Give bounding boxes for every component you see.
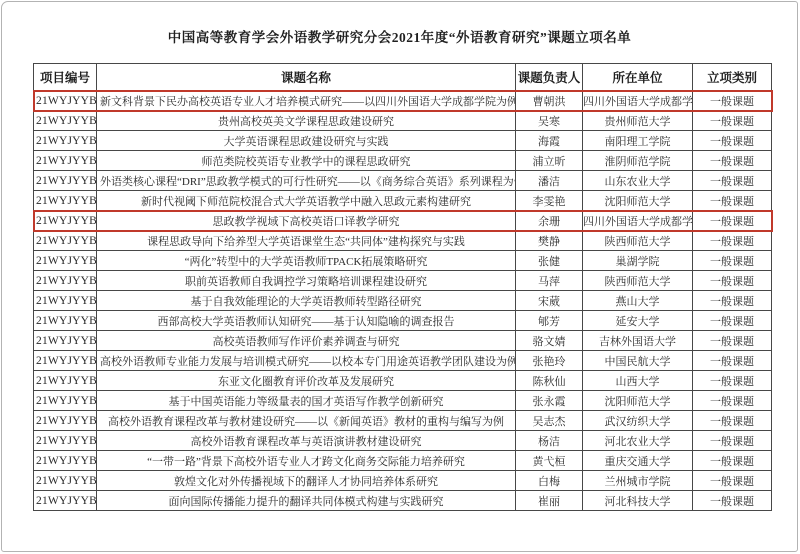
project-id-cell: 21WYJYYB30 (34, 491, 97, 511)
table-row: 21WYJYYB18 “两化”转型中的大学英语教师TPACK拓展策略研究 张健 … (34, 251, 772, 271)
project-title-cell: 思政教学视域下高校英语口译教学研究 (97, 211, 516, 231)
column-header-project-id: 项目编号 (34, 64, 97, 91)
project-title-cell: 高校外语教育课程改革与教材建设研究——以《新闻英语》教材的重构与编写为例 (97, 411, 516, 431)
project-leader-cell: 宋葳 (516, 291, 583, 311)
project-title-cell: 高校外语教师专业能力发展与培训模式研究——以校本专门用途英语教学团队建设为例 (97, 351, 516, 371)
column-header-unit: 所在单位 (583, 64, 693, 91)
project-leader-cell: 吴志杰 (516, 411, 583, 431)
project-unit-cell: 四川外国语大学成都学院 (583, 91, 693, 111)
project-category-cell: 一般课题 (693, 171, 772, 191)
table-row: 21WYJYYB11 贵州高校英美文学课程思政建设研究 吴寒 贵州师范大学 一般… (34, 111, 772, 131)
project-unit-cell: 沈阳师范大学 (583, 391, 693, 411)
project-category-cell: 一般课题 (693, 151, 772, 171)
project-leader-cell: 樊静 (516, 231, 583, 251)
project-leader-cell: 浦立昕 (516, 151, 583, 171)
table-row: 21WYJYYB13 师范类院校英语专业教学中的课程思政研究 浦立昕 淮阴师范学… (34, 151, 772, 171)
project-unit-cell: 吉林外国语大学 (583, 331, 693, 351)
project-id-cell: 21WYJYYB10 (34, 91, 97, 111)
project-id-cell: 21WYJYYB29 (34, 471, 97, 491)
project-id-cell: 21WYJYYB20 (34, 291, 97, 311)
project-title-cell: 师范类院校英语专业教学中的课程思政研究 (97, 151, 516, 171)
table-row: 21WYJYYB22 高校英语教师写作评价素养调查与研究 骆文婧 吉林外国语大学… (34, 331, 772, 351)
project-unit-cell: 燕山大学 (583, 291, 693, 311)
project-id-cell: 21WYJYYB14 (34, 171, 97, 191)
project-id-cell: 21WYJYYB12 (34, 131, 97, 151)
project-category-cell: 一般课题 (693, 311, 772, 331)
project-category-cell: 一般课题 (693, 471, 772, 491)
project-title-cell: 贵州高校英美文学课程思政建设研究 (97, 111, 516, 131)
project-title-cell: 西部高校大学英语教师认知研究——基于认知隐喻的调查报告 (97, 311, 516, 331)
project-category-cell: 一般课题 (693, 251, 772, 271)
project-id-cell: 21WYJYYB22 (34, 331, 97, 351)
project-category-cell: 一般课题 (693, 411, 772, 431)
project-unit-cell: 兰州城市学院 (583, 471, 693, 491)
table-row: 21WYJYYB29 敦煌文化对外传播视域下的翻译人才协同培养体系研究 白梅 兰… (34, 471, 772, 491)
document-page: 中国高等教育学会外语教学研究分会2021年度“外语教育研究”课题立项名单 项目编… (1, 1, 798, 552)
project-unit-cell: 河北科技大学 (583, 491, 693, 511)
project-category-cell: 一般课题 (693, 351, 772, 371)
project-leader-cell: 曹朝洪 (516, 91, 583, 111)
table-row: 21WYJYYB23 高校外语教师专业能力发展与培训模式研究——以校本专门用途英… (34, 351, 772, 371)
project-unit-cell: 河北农业大学 (583, 431, 693, 451)
project-unit-cell: 陕西师范大学 (583, 231, 693, 251)
project-category-cell: 一般课题 (693, 491, 772, 511)
column-header-category: 立项类别 (693, 64, 772, 91)
project-title-cell: 职前英语教师自我调控学习策略培训课程建设研究 (97, 271, 516, 291)
table-row: 21WYJYYB24 东亚文化圈教育评价改革及发展研究 陈秋仙 山西大学 一般课… (34, 371, 772, 391)
project-id-cell: 21WYJYYB17 (34, 231, 97, 251)
project-title-cell: 新文科背景下民办高校英语专业人才培养模式研究——以四川外国语大学成都学院为例 (97, 91, 516, 111)
project-category-cell: 一般课题 (693, 451, 772, 471)
project-category-cell: 一般课题 (693, 211, 772, 231)
table-row: 21WYJYYB17 课程思政导向下给养型大学英语课堂生态“共同体”建构探究与实… (34, 231, 772, 251)
project-id-cell: 21WYJYYB28 (34, 451, 97, 471)
project-id-cell: 21WYJYYB11 (34, 111, 97, 131)
table-row: 21WYJYYB15 新时代视阈下师范院校混合式大学英语教学中融入思政元素构建研… (34, 191, 772, 211)
project-category-cell: 一般课题 (693, 291, 772, 311)
project-id-cell: 21WYJYYB25 (34, 391, 97, 411)
project-category-cell: 一般课题 (693, 91, 772, 111)
project-id-cell: 21WYJYYB19 (34, 271, 97, 291)
project-category-cell: 一般课题 (693, 191, 772, 211)
project-leader-cell: 余珊 (516, 211, 583, 231)
project-leader-cell: 陈秋仙 (516, 371, 583, 391)
project-unit-cell: 武汉纺织大学 (583, 411, 693, 431)
project-id-cell: 21WYJYYB16 (34, 211, 97, 231)
project-leader-cell: 白梅 (516, 471, 583, 491)
project-category-cell: 一般课题 (693, 111, 772, 131)
project-leader-cell: 张健 (516, 251, 583, 271)
project-leader-cell: 黄弋桓 (516, 451, 583, 471)
column-header-project-title: 课题名称 (97, 64, 516, 91)
project-title-cell: 高校英语教师写作评价素养调查与研究 (97, 331, 516, 351)
table-row: 21WYJYYB21 西部高校大学英语教师认知研究——基于认知隐喻的调查报告 郇… (34, 311, 772, 331)
project-unit-cell: 巢湖学院 (583, 251, 693, 271)
project-category-cell: 一般课题 (693, 431, 772, 451)
project-unit-cell: 延安大学 (583, 311, 693, 331)
project-title-cell: 高校外语教育课程改革与英语演讲教材建设研究 (97, 431, 516, 451)
table-row: 21WYJYYB19 职前英语教师自我调控学习策略培训课程建设研究 马萍 陕西师… (34, 271, 772, 291)
project-title-cell: 外语类核心课程“DRI”思政教学模式的可行性研究——以《商务综合英语》系列课程为… (97, 171, 516, 191)
table-row: 21WYJYYB12 大学英语课程思政建设研究与实践 海霞 南阳理工学院 一般课… (34, 131, 772, 151)
project-unit-cell: 淮阴师范学院 (583, 151, 693, 171)
project-leader-cell: 骆文婧 (516, 331, 583, 351)
project-id-cell: 21WYJYYB15 (34, 191, 97, 211)
project-leader-cell: 马萍 (516, 271, 583, 291)
project-category-cell: 一般课题 (693, 271, 772, 291)
project-category-cell: 一般课题 (693, 391, 772, 411)
project-leader-cell: 吴寒 (516, 111, 583, 131)
project-id-cell: 21WYJYYB26 (34, 411, 97, 431)
project-leader-cell: 张永霞 (516, 391, 583, 411)
project-title-cell: “两化”转型中的大学英语教师TPACK拓展策略研究 (97, 251, 516, 271)
column-header-leader: 课题负责人 (516, 64, 583, 91)
table-row: 21WYJYYB30 面向国际传播能力提升的翻译共同体模式构建与实践研究 崔丽 … (34, 491, 772, 511)
project-unit-cell: 中国民航大学 (583, 351, 693, 371)
project-title-cell: “一带一路”背景下高校外语专业人才跨文化商务交际能力培养研究 (97, 451, 516, 471)
projects-table: 项目编号 课题名称 课题负责人 所在单位 立项类别 21WYJYYB10 新文科… (33, 63, 772, 511)
project-title-cell: 基于自我效能理论的大学英语教师转型路径研究 (97, 291, 516, 311)
table-row: 21WYJYYB28 “一带一路”背景下高校外语专业人才跨文化商务交际能力培养研… (34, 451, 772, 471)
project-title-cell: 敦煌文化对外传播视域下的翻译人才协同培养体系研究 (97, 471, 516, 491)
project-category-cell: 一般课题 (693, 331, 772, 351)
project-id-cell: 21WYJYYB21 (34, 311, 97, 331)
project-unit-cell: 四川外国语大学成都学院 (583, 211, 693, 231)
project-unit-cell: 贵州师范大学 (583, 111, 693, 131)
project-leader-cell: 郇芳 (516, 311, 583, 331)
project-leader-cell: 崔丽 (516, 491, 583, 511)
project-id-cell: 21WYJYYB18 (34, 251, 97, 271)
table-row: 21WYJYYB14 外语类核心课程“DRI”思政教学模式的可行性研究——以《商… (34, 171, 772, 191)
project-unit-cell: 沈阳师范大学 (583, 191, 693, 211)
project-unit-cell: 重庆交通大学 (583, 451, 693, 471)
project-id-cell: 21WYJYYB13 (34, 151, 97, 171)
project-unit-cell: 山西大学 (583, 371, 693, 391)
project-title-cell: 大学英语课程思政建设研究与实践 (97, 131, 516, 151)
table-row: 21WYJYYB25 基于中国英语能力等级量表的国才英语写作教学创新研究 张永霞… (34, 391, 772, 411)
project-title-cell: 课程思政导向下给养型大学英语课堂生态“共同体”建构探究与实践 (97, 231, 516, 251)
project-title-cell: 新时代视阈下师范院校混合式大学英语教学中融入思政元素构建研究 (97, 191, 516, 211)
project-leader-cell: 杨洁 (516, 431, 583, 451)
project-category-cell: 一般课题 (693, 131, 772, 151)
project-id-cell: 21WYJYYB27 (34, 431, 97, 451)
project-category-cell: 一般课题 (693, 371, 772, 391)
project-leader-cell: 海霞 (516, 131, 583, 151)
project-title-cell: 东亚文化圈教育评价改革及发展研究 (97, 371, 516, 391)
table-header-row: 项目编号 课题名称 课题负责人 所在单位 立项类别 (34, 64, 772, 91)
project-leader-cell: 李雯艳 (516, 191, 583, 211)
project-leader-cell: 张艳玲 (516, 351, 583, 371)
project-title-cell: 面向国际传播能力提升的翻译共同体模式构建与实践研究 (97, 491, 516, 511)
project-unit-cell: 山东农业大学 (583, 171, 693, 191)
project-id-cell: 21WYJYYB24 (34, 371, 97, 391)
project-id-cell: 21WYJYYB23 (34, 351, 97, 371)
table-row-highlighted: 21WYJYYB16 思政教学视域下高校英语口译教学研究 余珊 四川外国语大学成… (34, 211, 772, 231)
project-leader-cell: 潘洁 (516, 171, 583, 191)
table-row-highlighted: 21WYJYYB10 新文科背景下民办高校英语专业人才培养模式研究——以四川外国… (34, 91, 772, 111)
table-row: 21WYJYYB27 高校外语教育课程改革与英语演讲教材建设研究 杨洁 河北农业… (34, 431, 772, 451)
project-title-cell: 基于中国英语能力等级量表的国才英语写作教学创新研究 (97, 391, 516, 411)
project-unit-cell: 南阳理工学院 (583, 131, 693, 151)
table-row: 21WYJYYB26 高校外语教育课程改革与教材建设研究——以《新闻英语》教材的… (34, 411, 772, 431)
page-title: 中国高等教育学会外语教学研究分会2021年度“外语教育研究”课题立项名单 (2, 26, 797, 46)
project-category-cell: 一般课题 (693, 231, 772, 251)
project-unit-cell: 陕西师范大学 (583, 271, 693, 291)
table-row: 21WYJYYB20 基于自我效能理论的大学英语教师转型路径研究 宋葳 燕山大学… (34, 291, 772, 311)
